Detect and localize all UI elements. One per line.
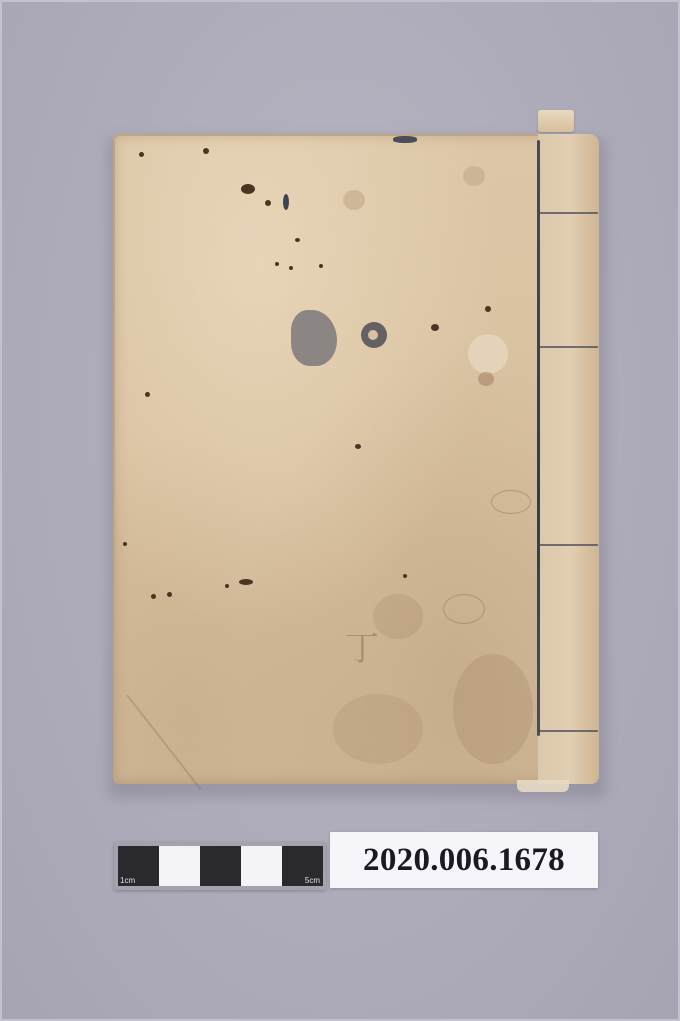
spine-bottom-tab (517, 780, 569, 792)
ink-dot (145, 392, 150, 397)
ink-dot (203, 148, 209, 154)
ink-dot (393, 136, 417, 143)
ink-dot (275, 262, 279, 266)
spine-strip (538, 134, 599, 784)
spot-stain (343, 190, 365, 210)
ink-dot (355, 444, 361, 449)
ink-dot (289, 266, 293, 270)
scale-label-start: 1cm (120, 876, 135, 885)
binding-stitch (540, 544, 598, 546)
water-stain (373, 594, 423, 639)
spine-top-tab (538, 110, 574, 132)
water-stain-ring (443, 594, 485, 624)
book-cover: 丁 (113, 134, 599, 784)
scale-label-end: 5cm (305, 876, 320, 885)
scale-bar: 1cm 5cm (114, 842, 326, 890)
binding-stitch (540, 212, 598, 214)
binding-thread (537, 140, 540, 736)
ink-dot (319, 264, 323, 268)
ink-dot (283, 194, 289, 210)
spot-stain (478, 372, 494, 386)
ink-dot (123, 542, 127, 546)
ink-dot (167, 592, 172, 597)
faint-handwriting-mark: 丁 (345, 621, 379, 670)
ink-dot (239, 579, 253, 585)
spot-stain (463, 166, 485, 186)
scale-segment-light (241, 846, 282, 886)
ink-dot (431, 324, 439, 331)
scale-segment-dark (200, 846, 241, 886)
water-stain (333, 694, 423, 764)
ink-dot (265, 200, 271, 206)
binding-stitch (540, 730, 598, 732)
ink-dot (403, 574, 407, 578)
ink-dot (485, 306, 491, 312)
catalog-number-label: 2020.006.1678 (330, 832, 598, 888)
ink-dot (225, 584, 229, 588)
water-stain-ring (491, 490, 531, 514)
ink-stain-center (368, 330, 378, 340)
ink-dot (295, 238, 300, 242)
light-patch (468, 334, 508, 374)
water-stain (453, 654, 533, 764)
ink-dot (151, 594, 156, 599)
binding-stitch (540, 346, 598, 348)
catalog-number: 2020.006.1678 (363, 842, 565, 879)
ink-dot (241, 184, 255, 194)
ink-dot (139, 152, 144, 157)
scale-segment-light (159, 846, 200, 886)
